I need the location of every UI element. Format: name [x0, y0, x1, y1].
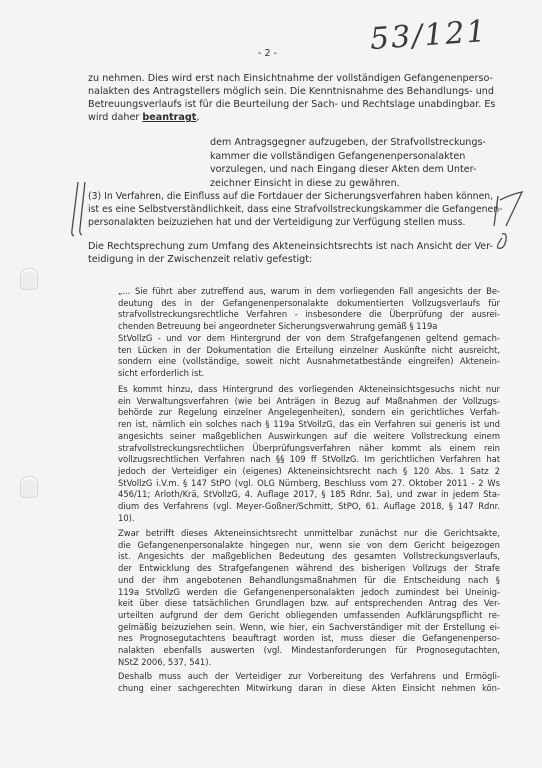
text-line: Deshalb muss auch der Verteidiger zur Vo… [118, 671, 500, 683]
text-line: gelmäßig beizuziehen sein. Wenn, wie hie… [118, 622, 500, 634]
text-line: (3) In Verfahren, die Einfluss auf die F… [88, 190, 493, 203]
text-line: nes Prognosegutachtens beauftragt worden… [118, 633, 500, 645]
text-line: 456/11; Arloth/Krä, StVollzG, 4. Auflage… [118, 489, 500, 501]
text-line: sicht erforderlich ist. [118, 368, 500, 380]
text-line: personalakten beizuziehen hat und der Ve… [88, 216, 493, 229]
text-line: deutung des in der Gefangenenpersonalakt… [118, 298, 500, 310]
text-line: ren ist, nämlich ein solches nach § 119a… [118, 419, 500, 431]
text-line: Es kommt hinzu, dass Hintergrund des vor… [118, 384, 500, 396]
text-line: nalakten des Antragstellers möglich sein… [88, 85, 493, 98]
paragraph-intro: zu nehmen. Dies wird erst nach Einsichtn… [88, 72, 493, 124]
request-block: dem Antragsgegner aufzugeben, der Strafv… [210, 136, 500, 190]
text-line: NStZ 2006, 537, 541). [118, 657, 500, 669]
text-line: behörde zur Regelung einzelner Angelegen… [118, 407, 500, 419]
handwritten-file-reference: 53/121 [369, 14, 489, 57]
text-line: Betreuungsverlaufs ist für die Beurteilu… [88, 98, 493, 111]
text-line: kammer die vollständigen Gefangenenperso… [210, 150, 500, 164]
citation-quote-1: „... Sie führt aber zutreffend aus, waru… [118, 286, 500, 380]
text-line: StVollzG - und vor dem Hintergrund der v… [118, 333, 500, 345]
text-line: „... Sie führt aber zutreffend aus, waru… [118, 286, 500, 298]
emphasis-beantragt: beantragt [142, 112, 196, 123]
text-line: 119a StVollzG werden die Gefangenenperso… [118, 587, 500, 599]
text-line: und der ihm angebotenen Behandlungsmaßna… [118, 575, 500, 587]
text-line: chung einer sachgerechten Mitwirkung dar… [118, 683, 500, 695]
text-line: 10). [118, 513, 500, 525]
paragraph-4: Die Rechtsprechung zum Umfang des Aktene… [88, 240, 493, 266]
text-line: chenden Betreuung bei angeordneter Siche… [118, 321, 500, 333]
text-line: ein Verwaltungsverfahren (wie bei Anträg… [118, 396, 500, 408]
text-line: wird daher beantragt, [88, 111, 493, 124]
text-line: ten Lücken in der Dokumentation die Erte… [118, 345, 500, 357]
citation-quote-2: Es kommt hinzu, dass Hintergrund des vor… [118, 384, 500, 524]
punch-hole-bottom [20, 476, 38, 498]
text-line: Zwar betrifft dieses Akteneinsichtsrecht… [118, 528, 500, 540]
citation-quote-3: Zwar betrifft dieses Akteneinsichtsrecht… [118, 528, 500, 668]
margin-handwritten-mark [492, 188, 532, 252]
text-line: strafvollstreckungsrechtlichen Überprüfu… [118, 443, 500, 455]
text-line: angesichts seiner maßgeblichen Auswirkun… [118, 431, 500, 443]
text-line: keit über diese tatsächlichen Grundlagen… [118, 598, 500, 610]
text-line: sondern eine (vollständige, soweit nicht… [118, 356, 500, 368]
text-line: zeichner Einsicht in diese zu gewähren. [210, 177, 500, 191]
text-line: nalakten ebenfalls auswerten (vgl. Minde… [118, 645, 500, 657]
text-line: vollzugsrechtlichen Verfahren nach §§ 10… [118, 454, 500, 466]
text-line: vorzulegen, und nach Eingang dieser Akte… [210, 163, 500, 177]
text-line: strafvollstreckungsrechtliche Verfahren … [118, 309, 500, 321]
text-line: jedoch der Verteidiger ein (eigenes) Akt… [118, 466, 500, 478]
citation-quote-4: Deshalb muss auch der Verteidiger zur Vo… [118, 671, 500, 694]
text-line: dium des Verfahrens (vgl. Meyer-Goßner/S… [118, 501, 500, 513]
text-line: urteilten aufgrund der dem Gericht oblie… [118, 610, 500, 622]
text-line: ist es eine Selbstverständlichkeit, dass… [88, 203, 493, 216]
text-line: teidigung in der Zwischenzeit relativ ge… [88, 253, 493, 266]
text-line: StVollzG i.V.m. § 147 StPO (vgl. OLG Nür… [118, 478, 500, 490]
text-line: zu nehmen. Dies wird erst nach Einsichtn… [88, 72, 493, 85]
punch-hole-top [20, 268, 38, 290]
text-line: der Entwicklung des Strafgefangenen währ… [118, 563, 500, 575]
page-number: - 2 - [258, 48, 277, 59]
document-page: 53/121 - 2 - zu nehmen. Dies wird erst n… [0, 0, 542, 768]
text-line: Die Rechtsprechung zum Umfang des Aktene… [88, 240, 493, 253]
text-line: ist. Angesichts der maßgeblichen Bedeutu… [118, 551, 500, 563]
text-line: dem Antragsgegner aufzugeben, der Strafv… [210, 136, 500, 150]
text-line: die Gefangenenpersonalakte hingegen nur,… [118, 540, 500, 552]
paragraph-3: (3) In Verfahren, die Einfluss auf die F… [88, 190, 493, 229]
